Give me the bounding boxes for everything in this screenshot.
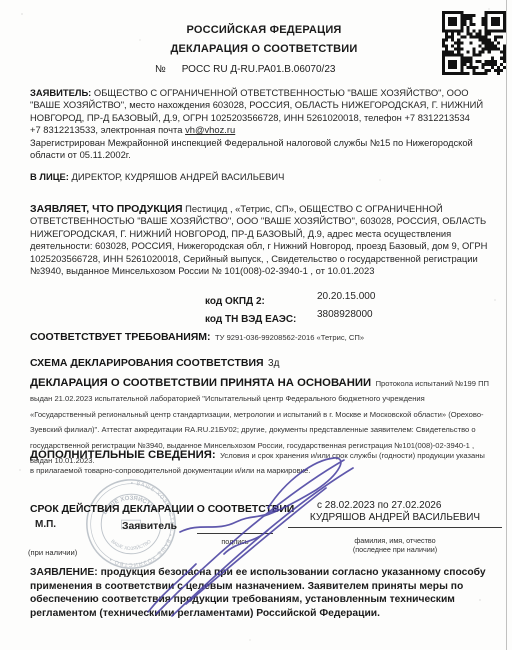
okpd-code-label: код ОКПД 2: <box>205 296 265 307</box>
applicant-email: vh@vhoz.ru <box>185 124 235 135</box>
tnved-code-label: код ТН ВЭД ЕАЭС: <box>205 314 296 325</box>
validity-label: СРОК ДЕЙСТВИЯ ДЕКЛАРАЦИИ О СООТВЕТСТВИИ <box>30 504 294 515</box>
name-caption-1: фамилия, имя, отчество <box>288 536 502 545</box>
okpd-code-value: 20.20.15.000 <box>317 291 375 302</box>
tnved-code-row: код ТН ВЭД ЕАЭС: 3808928000 <box>205 309 296 327</box>
in-person-section: В ЛИЦЕ: ДИРЕКТОР, КУДРЯШОВ АНДРЕЙ ВАСИЛЬ… <box>30 171 488 183</box>
tnved-code-value: 3808928000 <box>317 309 373 320</box>
applicant-registration-line: Зарегистрирован Межрайонной инспекцией Ф… <box>30 137 488 162</box>
declaration-number-row: № РОСС RU Д-RU.РА01.В.06070/23 <box>155 64 335 75</box>
statement-section: ЗАЯВЛЕНИЕ: продукция безопасна при ее ис… <box>30 566 492 620</box>
product-section: ЗАЯВЛЯЕТ, ЧТО ПРОДУКЦИЯ Пестицид , «Тетр… <box>30 203 488 277</box>
requirements-label: СООТВЕТСТВУЕТ ТРЕБОВАНИЯМ: <box>30 331 211 343</box>
scheme-section: СХЕМА ДЕКЛАРИРОВАНИЯ СООТВЕТСТВИЯ 3д <box>30 353 488 371</box>
page-title: ДЕКЛАРАЦИЯ О СООТВЕТСТВИИ <box>30 43 498 55</box>
basis-label: ДЕКЛАРАЦИЯ О СООТВЕТСТВИИ ПРИНЯТА НА ОСН… <box>30 377 371 389</box>
name-caption-2: (последнее при наличии) <box>288 545 502 554</box>
signature-line <box>197 524 273 534</box>
applicant-label: ЗАЯВИТЕЛЬ: <box>30 87 91 98</box>
scan-edge-artifact <box>506 0 507 650</box>
statement-text: продукция безопасна при ее использовании… <box>30 567 486 619</box>
scheme-value: 3д <box>268 358 279 369</box>
validity-dates: с 28.02.2023 по 27.02.2026 <box>317 500 441 511</box>
scheme-label: СХЕМА ДЕКЛАРИРОВАНИЯ СООТВЕТСТВИЯ <box>30 357 264 369</box>
declaration-number: РОСС RU Д-RU.РА01.В.06070/23 <box>182 64 336 75</box>
applicant-section: ЗАЯВИТЕЛЬ: ОБЩЕСТВО С ОГРАНИЧЕННОЙ ОТВЕТ… <box>30 87 488 161</box>
statement-label: ЗАЯВЛЕНИЕ: <box>30 567 98 578</box>
okpd-code-row: код ОКПД 2: 20.20.15.000 <box>205 291 265 309</box>
product-label: ЗАЯВЛЯЕТ, ЧТО ПРОДУКЦИЯ <box>30 203 183 215</box>
applicant-phone2-line: +7 8312213533, электронная почта vh@vhoz… <box>30 124 488 136</box>
additional-section: ДОПОЛНИТЕЛЬНЫЕ СВЕДЕНИЯ: Условия и срок … <box>30 447 490 477</box>
declaration-document: РОССИЙСКАЯ ФЕДЕРАЦИЯ ДЕКЛАРАЦИЯ О СООТВЕ… <box>0 0 512 650</box>
applicant-role-label: Заявитель <box>122 521 177 532</box>
requirements-section: СООТВЕТСТВУЕТ ТРЕБОВАНИЯМ: ТУ 9291-036-9… <box>30 327 488 345</box>
additional-label: ДОПОЛНИТЕЛЬНЫЕ СВЕДЕНИЯ: <box>30 449 216 461</box>
signature-caption: подпись <box>197 537 273 546</box>
number-sign: № <box>155 64 166 75</box>
applicant-text: ОБЩЕСТВО С ОГРАНИЧЕННОЙ ОТВЕТСТВЕННОСТЬЮ… <box>30 87 483 123</box>
in-person-text: ДИРЕКТОР, КУДРЯШОВ АНДРЕЙ ВАСИЛЬЕВИЧ <box>72 171 285 182</box>
in-person-label: В ЛИЦЕ: <box>30 171 69 182</box>
mp-note: (при наличии) <box>28 548 77 557</box>
name-line <box>288 518 502 528</box>
country-header: РОССИЙСКАЯ ФЕДЕРАЦИЯ <box>30 24 498 36</box>
mp-label: М.П. <box>35 519 56 530</box>
requirements-text: ТУ 9291-036-99208562-2016 «Тетрис, СП» <box>215 333 364 342</box>
